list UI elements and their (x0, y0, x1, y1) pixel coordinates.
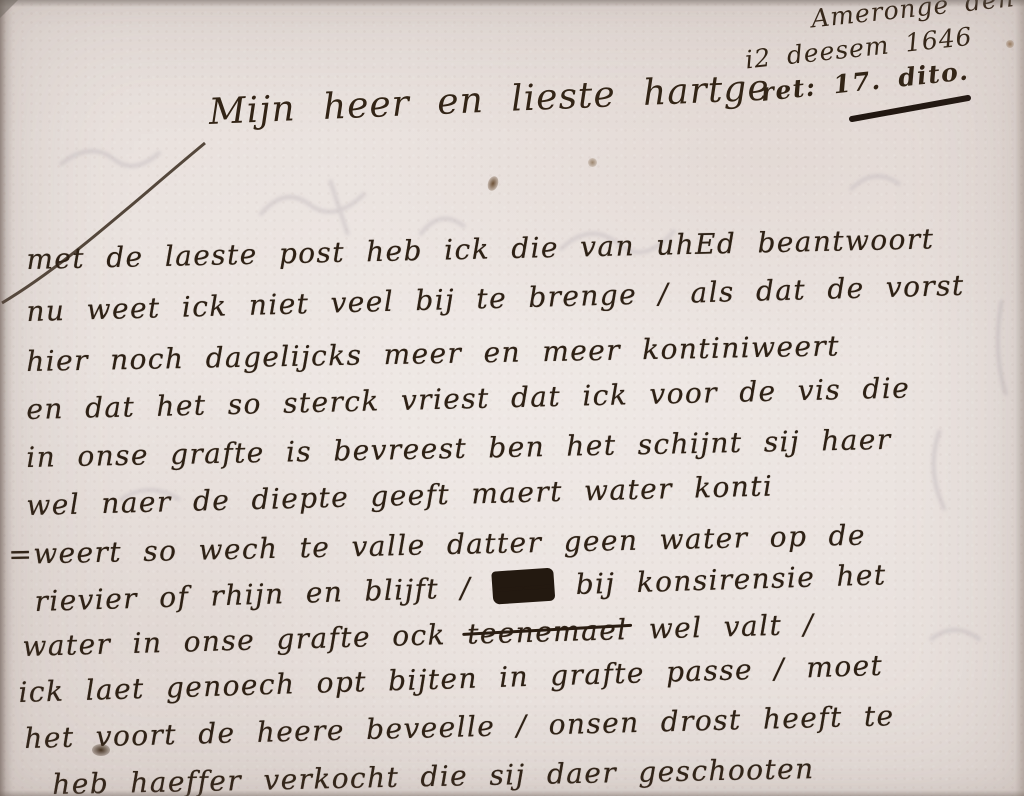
line-segment: rievier of rhijn en blijft / (34, 571, 472, 618)
paper-edge-left (0, 0, 13, 796)
line-segment: bij konsirensie het (575, 558, 887, 601)
body-line: met de laeste post heb ick die van uhEd … (26, 222, 935, 276)
date-underline (852, 98, 968, 119)
scribbled-out-word: —— (491, 568, 555, 605)
salutation: Mijn heer en lieste hartge (208, 68, 771, 133)
ink-blot (486, 175, 501, 193)
dateline-block: Ameronge den i2 deesem 1646 ret: 17. dit… (738, 0, 1024, 111)
body-line: hier noch dagelijcks meer en meer kontin… (26, 329, 840, 378)
salutation-flourish (2, 143, 205, 303)
body-line: in onse grafte is bevreest ben het schij… (26, 423, 892, 474)
paper-corner-topleft (0, 0, 18, 18)
letter-scan: Ameronge den i2 deesem 1646 ret: 17. dit… (0, 0, 1024, 796)
line-segment: water in onse grafte ock (22, 618, 446, 663)
line-segment: wel valt / (648, 608, 814, 646)
body-line: heb haeffer verkocht die sij daer gescho… (52, 752, 815, 796)
paper-edge-right (1015, 0, 1024, 796)
body-line: wel naer de diepte geeft maert water kon… (26, 469, 774, 522)
body-line: nu weet ick niet veel bij te brenge / al… (26, 269, 965, 328)
ink-blot (588, 158, 597, 167)
struck-word: teenemael (467, 613, 628, 650)
body-line: en dat het so sterck vriest dat ick voor… (26, 371, 910, 426)
body-line: het voort de heere beveelle / onsen dros… (24, 699, 895, 755)
